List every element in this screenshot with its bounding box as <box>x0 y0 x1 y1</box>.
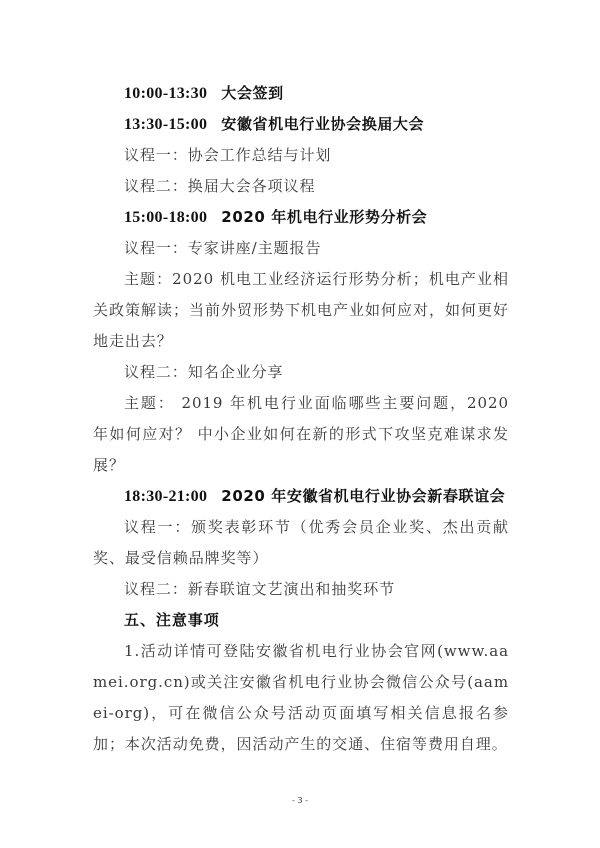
agenda-item: 议程二：新春联谊文艺演出和抽奖环节 <box>93 574 509 605</box>
agenda-item: 议程二：知名企业分享 <box>93 357 509 388</box>
agenda-topic: 主题： 2019 年机电行业面临哪些主要问题，2020 年如何应对？ 中小企业如… <box>93 388 509 481</box>
schedule-title: 大会签到 <box>221 84 283 102</box>
note-paragraph: 1.活动详情可登陆安徽省机电行业协会官网(www.aamei.org.cn)或关… <box>93 636 509 760</box>
agenda-item: 议程一：协会工作总结与计划 <box>93 140 509 171</box>
section-heading: 五、注意事项 <box>93 605 509 636</box>
schedule-title: 2020 年机电行业形势分析会 <box>221 208 427 226</box>
schedule-entry: 15:00-18:002020 年机电行业形势分析会 <box>93 202 509 233</box>
schedule-time: 15:00-18:00 <box>124 209 207 226</box>
schedule-time: 10:00-13:30 <box>124 85 207 102</box>
page-number: - 3 - <box>0 796 600 805</box>
agenda-item: 议程一：专家讲座/主题报告 <box>93 233 509 264</box>
agenda-item: 议程一：颁奖表彰环节（优秀会员企业奖、杰出贡献奖、最受信赖品牌奖等） <box>93 512 509 574</box>
schedule-entry: 18:30-21:002020 年安徽省机电行业协会新春联谊会 <box>93 481 509 512</box>
document-page: 10:00-13:30大会签到 13:30-15:00安徽省机电行业协会换届大会… <box>93 78 509 760</box>
schedule-time: 18:30-21:00 <box>124 488 207 505</box>
agenda-item: 议程二：换届大会各项议程 <box>93 171 509 202</box>
schedule-title: 安徽省机电行业协会换届大会 <box>221 115 424 133</box>
schedule-title: 2020 年安徽省机电行业协会新春联谊会 <box>221 487 505 505</box>
agenda-topic: 主题：2020 机电工业经济运行形势分析；机电产业相关政策解读；当前外贸形势下机… <box>93 264 509 357</box>
schedule-entry: 10:00-13:30大会签到 <box>93 78 509 109</box>
schedule-time: 13:30-15:00 <box>124 116 207 133</box>
schedule-entry: 13:30-15:00安徽省机电行业协会换届大会 <box>93 109 509 140</box>
